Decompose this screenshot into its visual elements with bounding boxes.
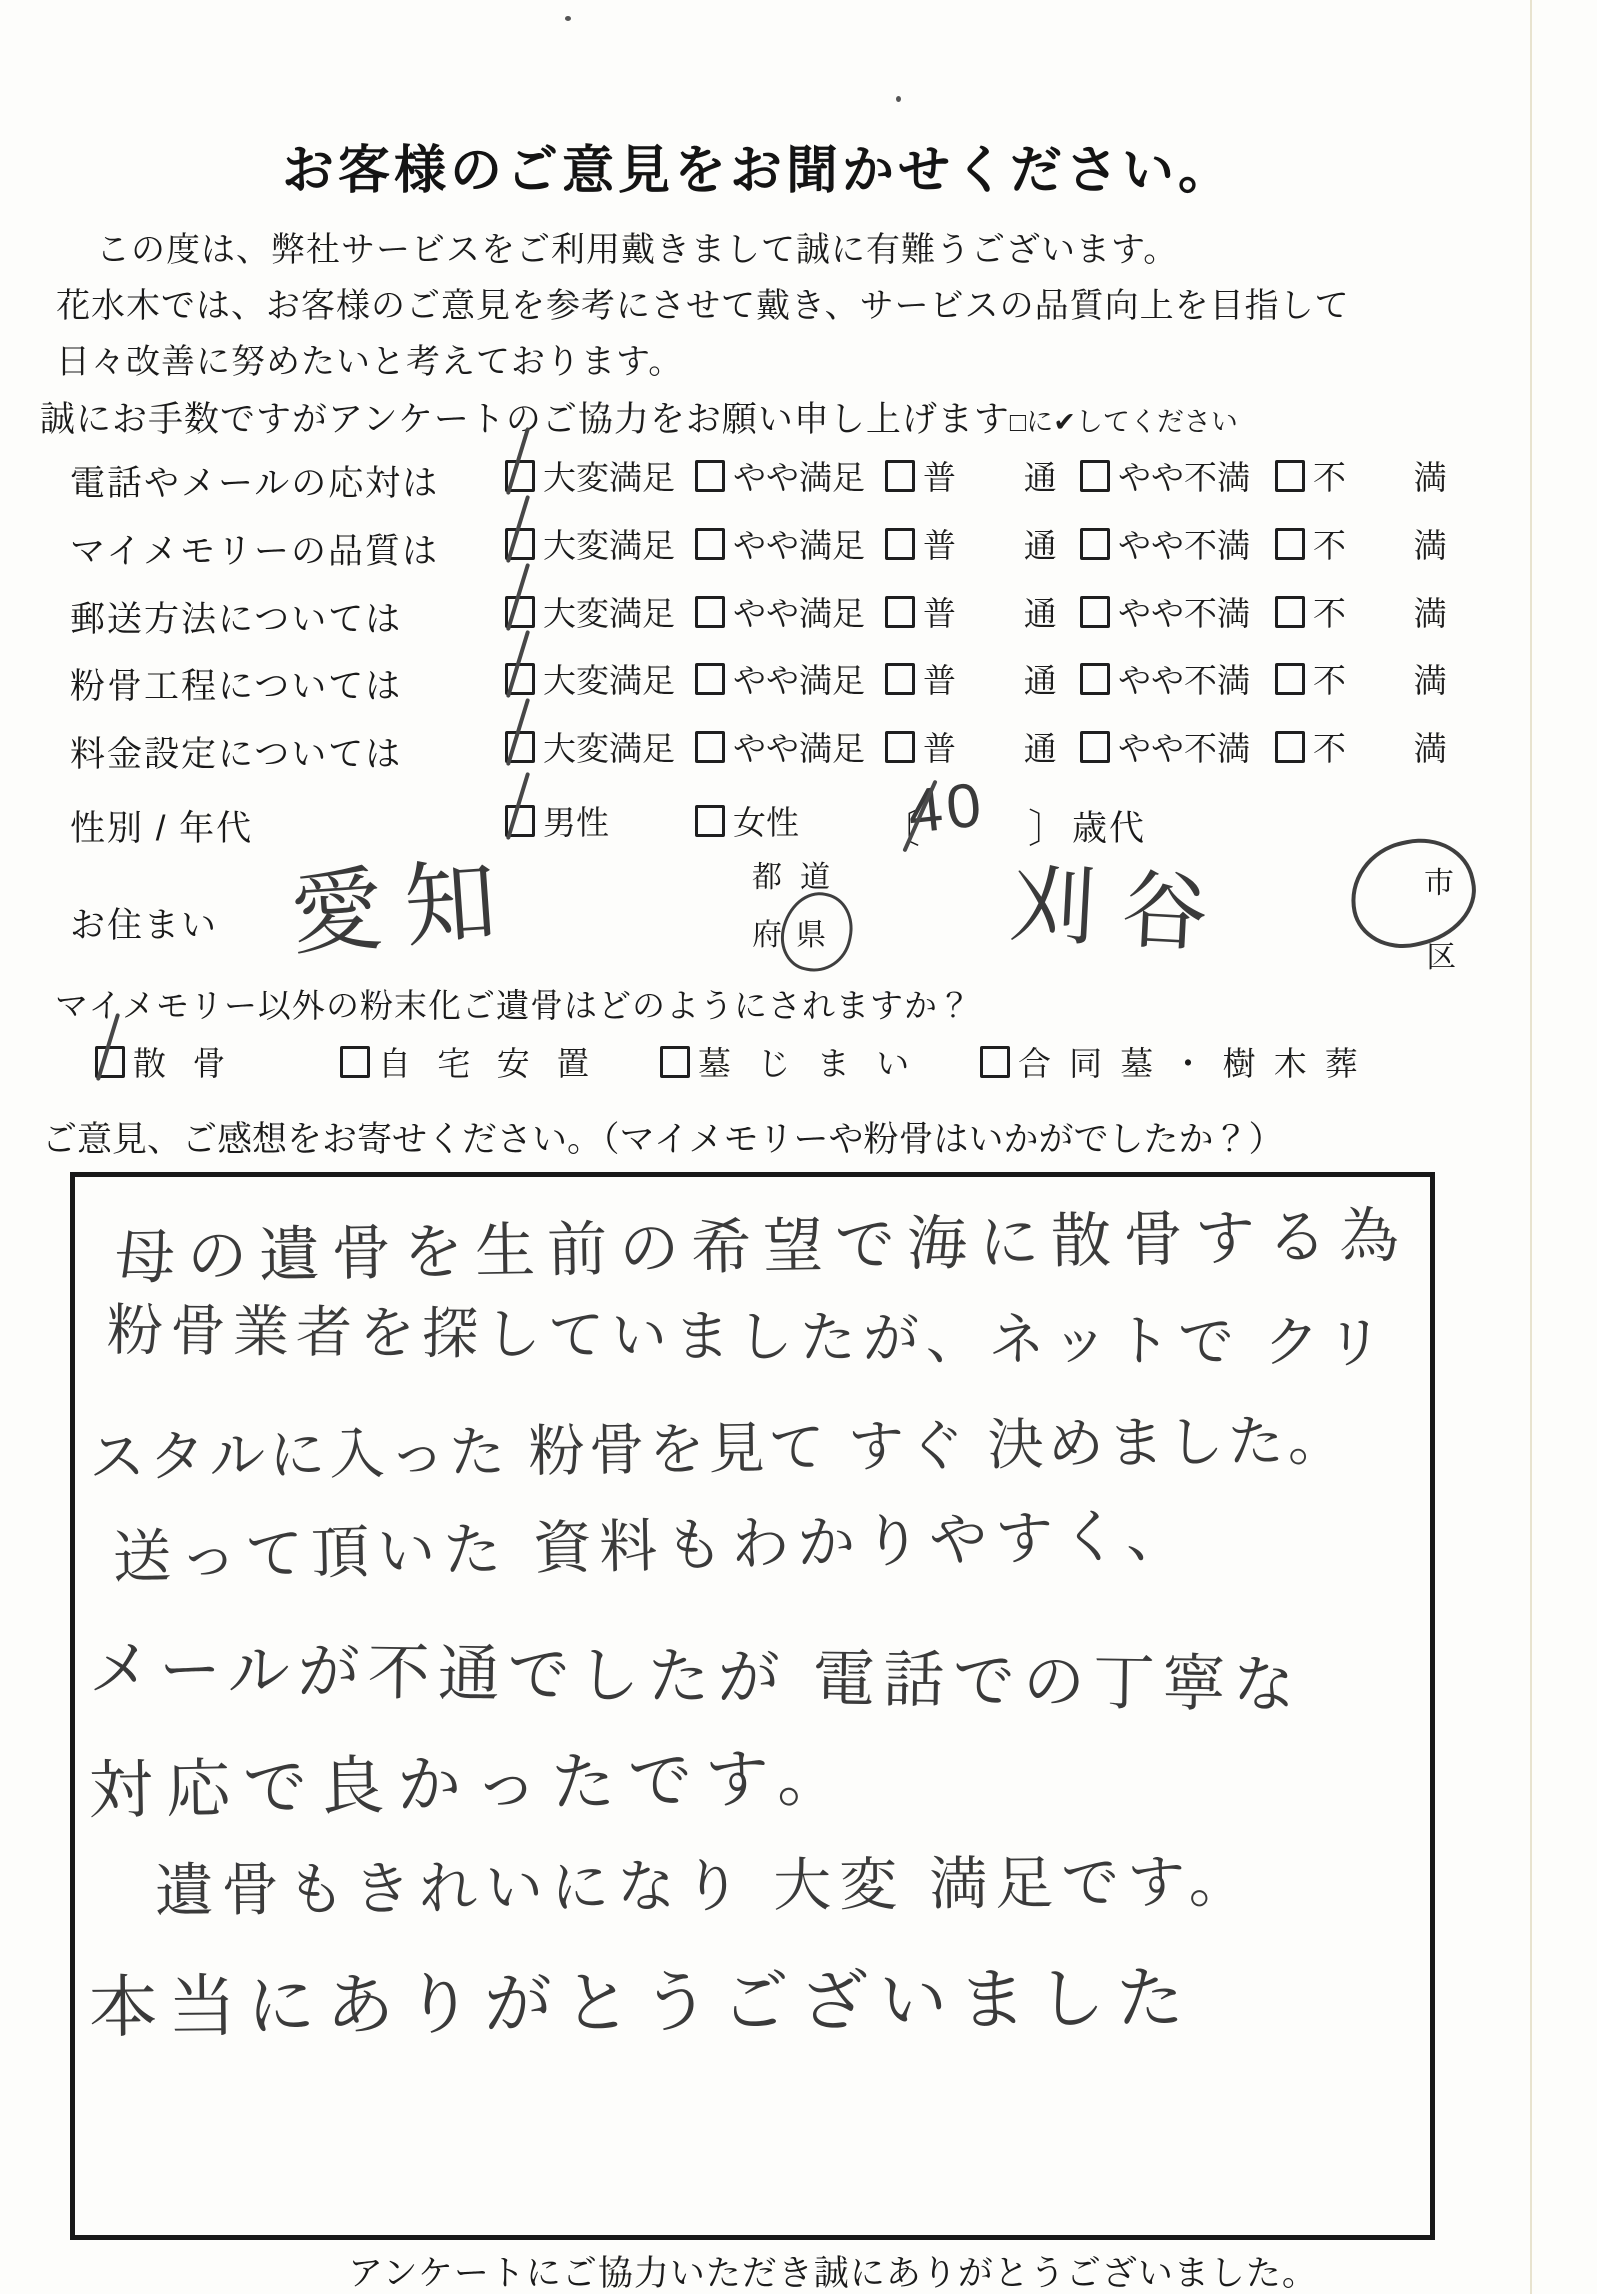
survey-row: 料金設定については 大変満足 やや満足 普通 やや不満 不満: [0, 723, 1597, 769]
option-group-jitaku-anchi: 自宅安置: [340, 1038, 616, 1085]
option-label: 不満: [1313, 723, 1514, 770]
scan-speck: [565, 16, 571, 21]
option-group-yaya-manzoku: やや満足: [695, 723, 865, 770]
handwritten-city: 刈谷: [1007, 834, 1237, 970]
option-group-yaya-fuman: やや不満: [1080, 520, 1250, 567]
checkbox: [505, 663, 535, 695]
handwritten-circle-ken: [774, 886, 859, 979]
checkbox: [95, 1046, 125, 1078]
checkbox: [1275, 528, 1305, 560]
checkbox: [1275, 460, 1305, 492]
checkbox: [695, 805, 725, 837]
checkbox: [505, 596, 535, 628]
option-label: 大変満足: [543, 588, 675, 635]
intro-line-1: この度は、弊社サービスをご利用戴きまして誠に有難うございます。: [96, 222, 1178, 271]
checkbox: [885, 663, 915, 695]
option-label: 大変満足: [543, 655, 675, 702]
checkbox: [1080, 731, 1110, 763]
option-label: やや満足: [733, 520, 865, 567]
option-label: 不満: [1313, 655, 1514, 702]
checkbox: [1080, 596, 1110, 628]
checkbox: [505, 528, 535, 560]
male-label: 男性: [543, 797, 609, 844]
option-label: やや不満: [1118, 588, 1250, 635]
checkbox: [695, 460, 725, 492]
residence-row: お住まい 愛知 都道 府県 刈谷 市 区: [0, 840, 1597, 980]
option-label: やや不満: [1118, 452, 1250, 499]
remains-options-row: 散骨 自宅安置 墓じまい 合同墓・樹木葬: [0, 1038, 1597, 1086]
handwritten-comment-line: スタルに入った 粉骨を見て すぐ 決めました。: [89, 1396, 1349, 1494]
option-group-yaya-fuman: やや不満: [1080, 723, 1250, 770]
question-label: 郵送方法については: [70, 592, 402, 642]
survey-row: 粉骨工程については 大変満足 やや満足 普通 やや不満 不満: [0, 655, 1597, 701]
checkbox: [1275, 731, 1305, 763]
checkbox: [695, 596, 725, 628]
option-group-fuman: 不満: [1275, 723, 1514, 770]
option-label: 墓じまい: [698, 1038, 936, 1085]
checkbox: [660, 1046, 690, 1078]
option-label: 散骨: [133, 1038, 252, 1085]
checkbox: [885, 528, 915, 560]
option-group-fuman: 不満: [1275, 520, 1514, 567]
option-label: やや満足: [733, 452, 865, 499]
option-label: 合同墓・樹木葬: [1018, 1038, 1376, 1085]
option-group-daihen-manzoku: 大変満足: [505, 723, 675, 770]
checkbox: [885, 460, 915, 492]
option-group-yaya-manzoku: やや満足: [695, 655, 865, 702]
prefecture-suffix-row1: 都道: [752, 852, 848, 896]
handwritten-comment-line: 送って頂いた 資料もわかりやすく、: [112, 1488, 1192, 1595]
option-label: やや不満: [1118, 520, 1250, 567]
option-group-fuman: 不満: [1275, 588, 1514, 635]
handwritten-comment-line: 粉骨業者を探していましたが、ネットで クリ: [107, 1286, 1390, 1379]
option-label: やや満足: [733, 655, 865, 702]
handwritten-comment-line: 母の遺骨を生前の希望で海に散骨する為: [114, 1188, 1411, 1297]
handwritten-age: 40: [905, 769, 989, 848]
option-label: やや満足: [733, 723, 865, 770]
option-group-yaya-fuman: やや不満: [1080, 588, 1250, 635]
option-group-yaya-fuman: やや不満: [1080, 452, 1250, 499]
scanned-survey-form: { "header": { "title": "お客様のご意見をお聞かせください…: [0, 0, 1597, 2294]
male-option-group: 男性: [505, 797, 609, 844]
option-label: 自宅安置: [378, 1038, 616, 1085]
checkbox: [980, 1046, 1010, 1078]
checkbox: [1080, 460, 1110, 492]
option-group-sankotsu: 散骨: [95, 1038, 252, 1085]
survey-row: 郵送方法については 大変満足 やや満足 普通 やや不満 不満: [0, 588, 1597, 634]
handwritten-comment-line: 対応で良かったです。: [88, 1726, 854, 1831]
question-label: 料金設定については: [70, 727, 402, 777]
option-group-yaya-manzoku: やや満足: [695, 588, 865, 635]
question-label: 粉骨工程については: [70, 659, 402, 709]
checkbox-instruction-note: □に✔してください: [1010, 407, 1238, 437]
scan-speck: [896, 96, 901, 102]
checkbox: [1080, 528, 1110, 560]
option-group-daihen-manzoku: 大変満足: [505, 520, 675, 567]
checkbox: [885, 596, 915, 628]
checkbox: [695, 731, 725, 763]
checkbox: [695, 528, 725, 560]
option-group-yaya-fuman: やや不満: [1080, 655, 1250, 702]
intro-line-2: 花水木では、お客様のご意見を参考にさせて戴き、サービスの品質向上を目指して: [56, 278, 1350, 327]
option-group-fuman: 不満: [1275, 452, 1514, 499]
option-label: 大変満足: [543, 452, 675, 499]
handwritten-comment-line: 本当にありがとうございました: [89, 1944, 1196, 2051]
checkbox: [1080, 663, 1110, 695]
remains-question: マイメモリー以外の粉末化ご遺骨はどのようにされますか？: [55, 980, 972, 1027]
question-label: マイメモリーの品質は: [70, 524, 439, 574]
survey-row: 電話やメールの応対は 大変満足 やや満足 普通 やや不満 不満: [0, 452, 1597, 498]
checkbox: [505, 731, 535, 763]
checkbox: [1275, 663, 1305, 695]
comments-prompt: ご意見、ご感想をお寄せください。（マイメモリーや粉骨はいかがでしたか？）: [42, 1112, 1283, 1162]
request-line: 誠にお手数ですがアンケートのご協力をお願い申し上げます□に✔してください: [40, 392, 1238, 442]
checkbox: [505, 460, 535, 492]
option-group-daihen-manzoku: 大変満足: [505, 655, 675, 702]
option-group-yaya-manzoku: やや満足: [695, 520, 865, 567]
char-to: 都: [752, 861, 800, 894]
checkbox: [885, 731, 915, 763]
survey-row: マイメモリーの品質は 大変満足 やや満足 普通 やや不満 不満: [0, 520, 1597, 566]
comment-box: 母の遺骨を生前の希望で海に散骨する為 粉骨業者を探していましたが、ネットで クリ…: [70, 1172, 1435, 2240]
option-label: 不満: [1313, 520, 1514, 567]
option-group-hakajimai: 墓じまい: [660, 1038, 936, 1085]
option-label: 大変満足: [543, 520, 675, 567]
option-group-daihen-manzoku: 大変満足: [505, 588, 675, 635]
option-label: やや不満: [1118, 655, 1250, 702]
option-group-goudoubo-jumokusou: 合同墓・樹木葬: [980, 1038, 1376, 1085]
page-title: お客様のご意見をお聞かせください。: [282, 128, 1234, 203]
demographics-row: 性別 / 年代 男性 女性 〔 〕 歳代 40: [0, 795, 1597, 845]
option-group-daihen-manzoku: 大変満足: [505, 452, 675, 499]
option-label: やや満足: [733, 588, 865, 635]
handwritten-circle-shi: [1340, 828, 1485, 958]
female-option-group: 女性: [695, 797, 799, 844]
question-label: 電話やメールの応対は: [70, 456, 439, 506]
scan-edge-line: [1530, 0, 1532, 2294]
handwritten-prefecture: 愛知: [286, 826, 523, 974]
footer-thanks: アンケートにご協力いただき誠にありがとうございました。: [348, 2246, 1318, 2294]
checkbox: [340, 1046, 370, 1078]
female-label: 女性: [733, 797, 799, 844]
option-label: 大変満足: [543, 723, 675, 770]
handwritten-comment-line: メールが不通でしたが 電話での丁寧な: [88, 1619, 1303, 1725]
intro-line-3: 日々改善に努めたいと考えております。: [56, 334, 683, 383]
option-label: やや不満: [1118, 723, 1250, 770]
option-label: 不満: [1313, 452, 1514, 499]
residence-label: お住まい: [70, 898, 218, 948]
checkbox: [695, 663, 725, 695]
option-label: 不満: [1313, 588, 1514, 635]
char-dou: 道: [800, 861, 848, 894]
option-group-yaya-manzoku: やや満足: [695, 452, 865, 499]
option-group-fuman: 不満: [1275, 655, 1514, 702]
handwritten-comment-line: 遺骨もきれいになり 大変 満足です。: [155, 1834, 1255, 1928]
checkbox: [1275, 596, 1305, 628]
